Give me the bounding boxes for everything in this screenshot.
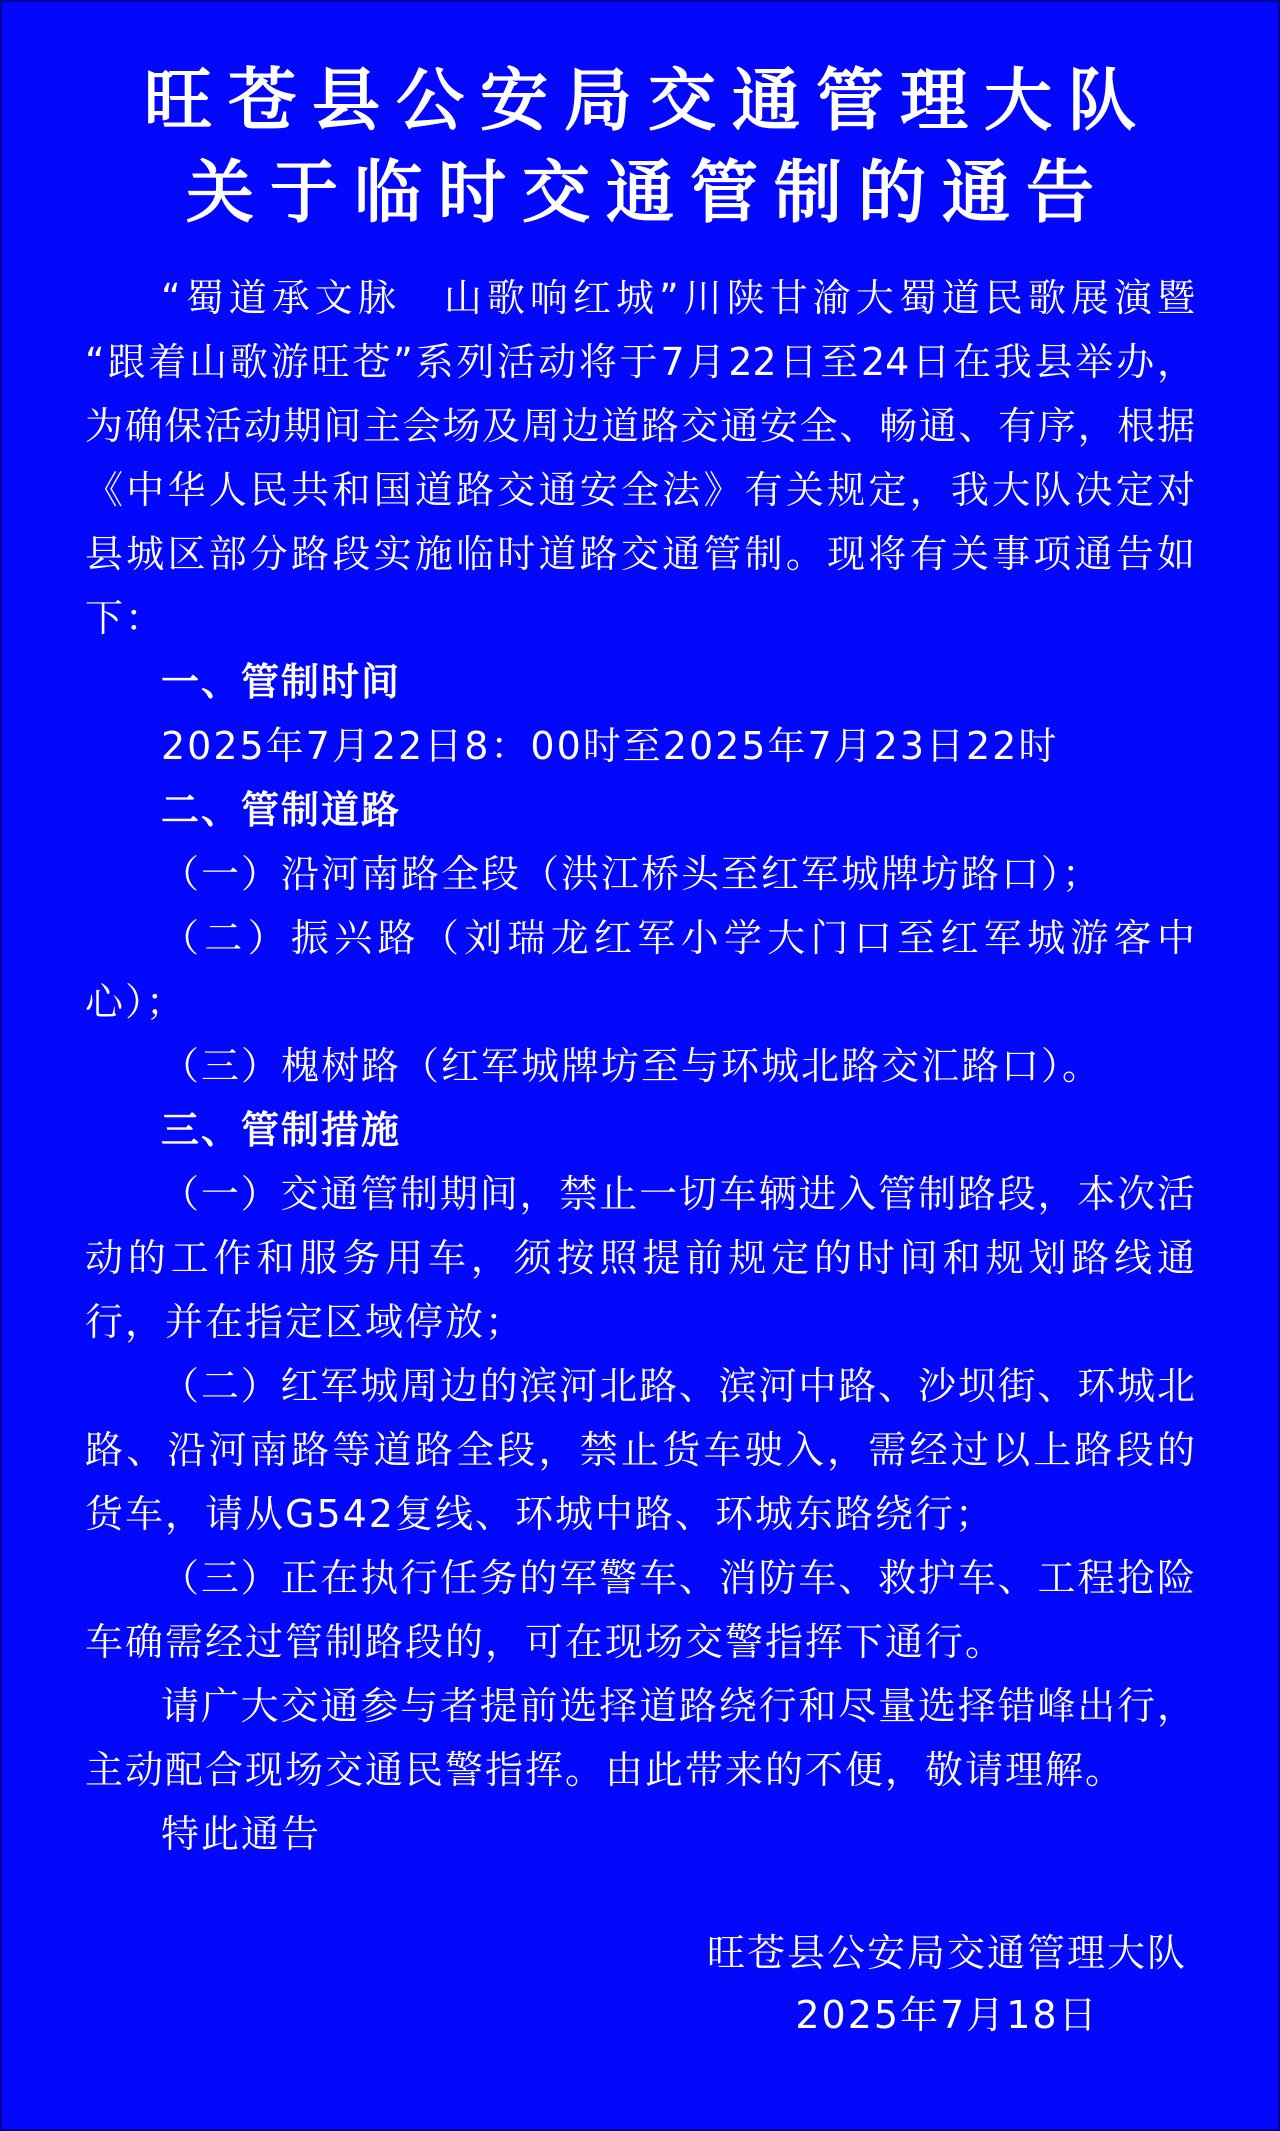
notice-line: 心）；	[85, 970, 1195, 1034]
section-heading: 三、管制措施	[85, 1098, 1195, 1162]
notice-line: 路、沿河南路等道路全段，禁止货车驶入，需经过以上路段的	[85, 1418, 1195, 1482]
section-heading: 一、管制时间	[85, 650, 1195, 714]
section-heading: 二、管制道路	[85, 778, 1195, 842]
notice-line: 2025年7月22日8：00时至2025年7月23日22时	[85, 714, 1195, 778]
signature-block: 旺苍县公安局交通管理大队 2025年7月18日	[707, 1922, 1187, 2046]
notice-body: “蜀道承文脉 山歌响红城”川陕甘渝大蜀道民歌展演暨“跟着山歌游旺苍”系列活动将于…	[0, 266, 1280, 1866]
notice-line: 请广大交通参与者提前选择道路绕行和尽量选择错峰出行，	[85, 1674, 1195, 1738]
notice-line: 动的工作和服务用车，须按照提前规定的时间和规划路线通	[85, 1226, 1195, 1290]
notice-line: （一）交通管制期间，禁止一切车辆进入管制路段，本次活	[85, 1162, 1195, 1226]
notice-line: “跟着山歌游旺苍”系列活动将于7月22日至24日在我县举办，	[85, 330, 1195, 394]
notice-line: 车确需经过管制路段的，可在现场交警指挥下通行。	[85, 1610, 1195, 1674]
notice-line: 下：	[85, 586, 1195, 650]
signature-wrap: 旺苍县公安局交通管理大队 2025年7月18日	[0, 1922, 1280, 2046]
notice-title-line1: 旺苍县公安局交通管理大队	[16, 56, 1280, 148]
notice-line: （二）红军城周边的滨河北路、滨河中路、沙坝街、环城北	[85, 1354, 1195, 1418]
notice-line: 货车，请从G542复线、环城中路、环城东路绕行；	[85, 1482, 1195, 1546]
notice-line: 县城区部分路段实施临时道路交通管制。现将有关事项通告如	[85, 522, 1195, 586]
notice-line: 行，并在指定区域停放；	[85, 1290, 1195, 1354]
signature-org: 旺苍县公安局交通管理大队	[707, 1922, 1187, 1984]
notice-line: （二）振兴路（刘瑞龙红军小学大门口至红军城游客中	[85, 906, 1195, 970]
notice-line: 为确保活动期间主会场及周边道路交通安全、畅通、有序，根据	[85, 394, 1195, 458]
notice-line: 《中华人民共和国道路交通安全法》有关规定，我大队决定对	[85, 458, 1195, 522]
signature-date: 2025年7月18日	[707, 1984, 1187, 2046]
notice-title-line2: 关于临时交通管制的通告	[16, 148, 1280, 240]
notice-poster: 旺苍县公安局交通管理大队 关于临时交通管制的通告 “蜀道承文脉 山歌响红城”川陕…	[0, 0, 1280, 2131]
notice-title: 旺苍县公安局交通管理大队 关于临时交通管制的通告	[0, 0, 1280, 240]
notice-line: “蜀道承文脉 山歌响红城”川陕甘渝大蜀道民歌展演暨	[85, 266, 1195, 330]
notice-line: （三）正在执行任务的军警车、消防车、救护车、工程抢险	[85, 1546, 1195, 1610]
notice-line: 特此通告	[85, 1802, 1195, 1866]
notice-line: （一）沿河南路全段（洪江桥头至红军城牌坊路口）；	[85, 842, 1195, 906]
notice-line: （三）槐树路（红军城牌坊至与环城北路交汇路口）。	[85, 1034, 1195, 1098]
notice-line: 主动配合现场交通民警指挥。由此带来的不便，敬请理解。	[85, 1738, 1195, 1802]
